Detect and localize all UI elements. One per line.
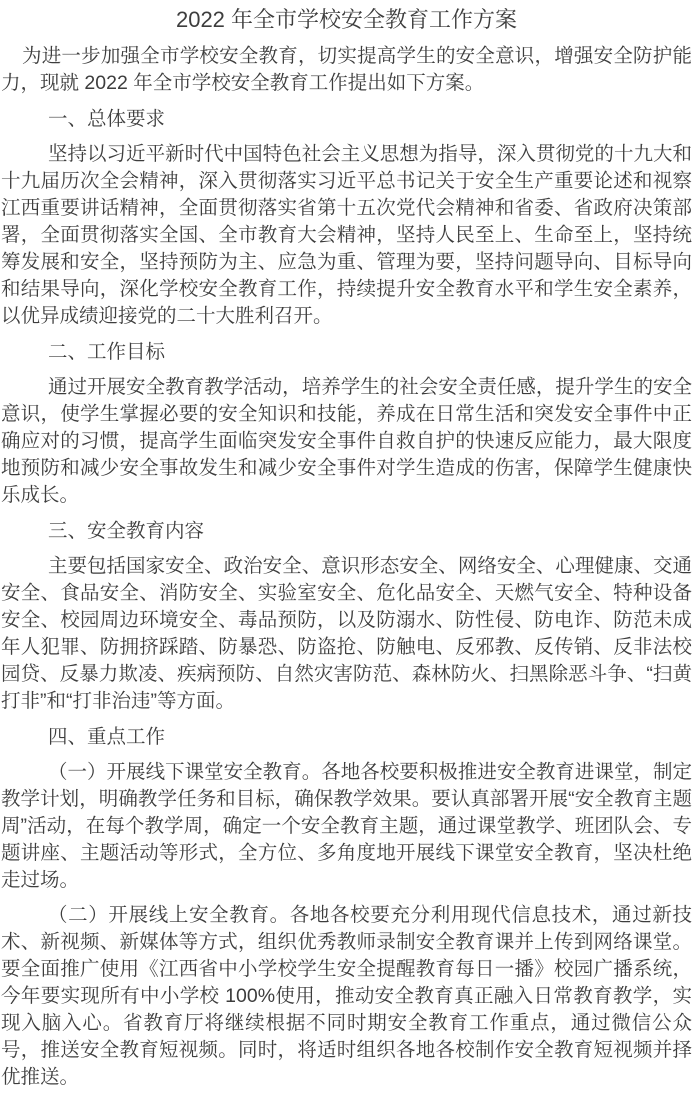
section-heading-overall-requirements: 一、总体要求 [1, 106, 692, 133]
section-heading-education-content: 三、安全教育内容 [1, 518, 692, 545]
document-title: 2022 年全市学校安全教育工作方案 [1, 5, 692, 35]
section-heading-work-goals: 二、工作目标 [1, 339, 692, 366]
section-heading-key-work: 四、重点工作 [1, 724, 692, 751]
section-paragraph-work-goals: 通过开展安全教育教学活动，培养学生的社会安全责任感，提升学生的安全意识，使学生掌… [1, 374, 692, 509]
section-paragraph-education-content: 主要包括国家安全、政治安全、意识形态安全、网络安全、心理健康、交通安全、食品安全… [1, 553, 692, 715]
key-work-item-online-education: （二）开展线上安全教育。各地各校要充分利用现代信息技术，通过新技术、新视频、新媒… [1, 902, 692, 1091]
intro-paragraph: 为进一步加强全市学校安全教育，切实提高学生的安全意识，增强安全防护能力，现就 2… [1, 43, 692, 97]
section-paragraph-overall-requirements: 坚持以习近平新时代中国特色社会主义思想为指导，深入贯彻党的十九大和十九届历次全会… [1, 141, 692, 330]
document-page: 2022 年全市学校安全教育工作方案 为进一步加强全市学校安全教育，切实提高学生… [0, 0, 693, 1097]
key-work-item-offline-classroom-education: （一）开展线下课堂安全教育。各地各校要积极推进安全教育进课堂，制定教学计划，明确… [1, 759, 692, 894]
